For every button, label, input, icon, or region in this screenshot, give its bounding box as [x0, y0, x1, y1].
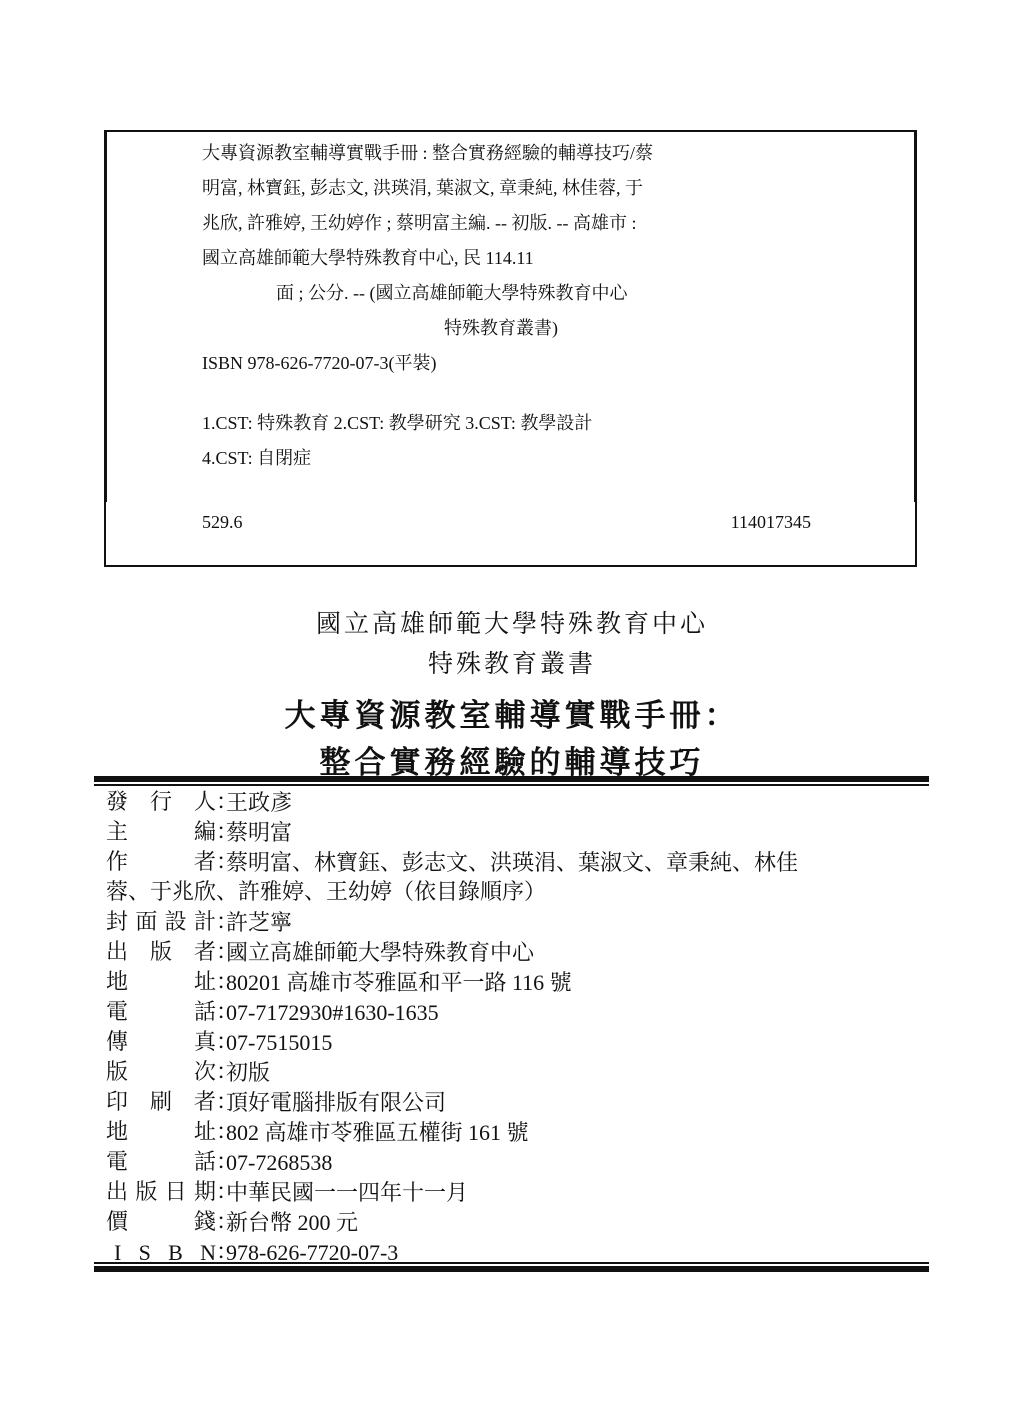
imprint-row-authors: 作者 ： 蔡明富、林寶鈺、彭志文、洪瑛涓、葉淑文、章秉純、林佳	[106, 848, 926, 878]
catalog-number: 114017345	[731, 512, 811, 533]
double-rule-bottom-thick	[94, 1266, 929, 1272]
imprint-row-address: 地址 ： 80201 高雄市苓雅區和平一路 116 號	[106, 968, 926, 998]
cip-subjects: 1.CST: 特殊教育 2.CST: 教學研究 3.CST: 教學設計	[202, 412, 592, 434]
imprint-row-price: 價錢 ： 新台幣 200 元	[106, 1208, 926, 1238]
imprint-row-publisher: 出版者 ： 國立高雄師範大學特殊教育中心	[106, 938, 926, 968]
edition: 初版	[226, 1058, 270, 1088]
imprint-row-cover-design: 封面設計 ： 許芝寧	[106, 908, 926, 938]
authors: 蔡明富、林寶鈺、彭志文、洪瑛涓、葉淑文、章秉純、林佳	[226, 848, 798, 878]
cip-line: 兆欣, 許雅婷, 王幼婷作 ; 蔡明富主編. -- 初版. -- 高雄市 :	[202, 212, 636, 234]
cip-line: 面 ; 公分. -- (國立高雄師範大學特殊教育中心	[276, 282, 627, 304]
cip-line: 國立高雄師範大學特殊教育中心, 民 114.11	[202, 247, 534, 269]
imprint-row-pub-date: 出版日期 ： 中華民國一一四年十一月	[106, 1178, 926, 1208]
book-title: 大專資源教室輔導實戰手冊：	[0, 690, 1024, 735]
row-label: 發行人	[106, 788, 216, 818]
printer-address: 802 高雄市苓雅區五權街 161 號	[226, 1118, 529, 1148]
cip-subjects: 4.CST: 自閉症	[202, 447, 311, 469]
double-rule-top-thin	[94, 784, 929, 786]
imprint-row-fax: 傳真 ： 07-7515015	[106, 1028, 926, 1058]
publisher: 國立高雄師範大學特殊教育中心	[226, 938, 534, 968]
cip-record-box: 大專資源教室輔導實戰手冊 : 整合實務經驗的輔導技巧/蔡 明富, 林寶鈺, 彭志…	[104, 130, 917, 567]
imprint-block: 發行人 ： 王政彥 主編 ： 蔡明富 作者 ： 蔡明富、林寶鈺、彭志文、洪瑛涓、…	[106, 788, 926, 1268]
editor: 蔡明富	[226, 818, 292, 848]
imprint-row-printer: 印刷者 ： 頂好電腦排版有限公司	[106, 1088, 926, 1118]
classification-number: 529.6	[202, 512, 243, 533]
cip-line: 明富, 林寶鈺, 彭志文, 洪瑛涓, 葉淑文, 章秉純, 林佳蓉, 于	[202, 177, 643, 199]
imprint-row-edition: 版次 ： 初版	[106, 1058, 926, 1088]
double-rule-bottom-thin	[94, 1262, 929, 1264]
cip-line: 特殊教育叢書)	[444, 317, 558, 339]
cip-isbn-line: ISBN 978-626-7720-07-3(平裝)	[202, 352, 436, 374]
double-rule-top-thick	[94, 776, 929, 782]
series-name: 特殊教育叢書	[0, 644, 1024, 680]
publisher-person: 王政彥	[226, 788, 292, 818]
authors-continuation: 蓉、于兆欣、許雅婷、王幼婷（依目錄順序）	[106, 878, 926, 908]
price: 新台幣 200 元	[226, 1208, 358, 1238]
publisher-phone: 07-7172930#1630-1635	[226, 998, 439, 1028]
printer: 頂好電腦排版有限公司	[226, 1088, 446, 1118]
publisher-address: 80201 高雄市苓雅區和平一路 116 號	[226, 968, 572, 998]
imprint-row-editor: 主編 ： 蔡明富	[106, 818, 926, 848]
imprint-row-publisher-person: 發行人 ： 王政彥	[106, 788, 926, 818]
publication-date: 中華民國一一四年十一月	[226, 1178, 468, 1208]
cip-line: 大專資源教室輔導實戰手冊 : 整合實務經驗的輔導技巧/蔡	[202, 142, 653, 164]
imprint-row-printer-phone: 電話 ： 07-7268538	[106, 1148, 926, 1178]
institution-name: 國立高雄師範大學特殊教育中心	[0, 604, 1024, 640]
printer-phone: 07-7268538	[226, 1148, 332, 1178]
publisher-fax: 07-7515015	[226, 1028, 332, 1058]
imprint-row-printer-address: 地址 ： 802 高雄市苓雅區五權街 161 號	[106, 1118, 926, 1148]
imprint-row-phone: 電話 ： 07-7172930#1630-1635	[106, 998, 926, 1028]
cover-designer: 許芝寧	[226, 908, 292, 938]
